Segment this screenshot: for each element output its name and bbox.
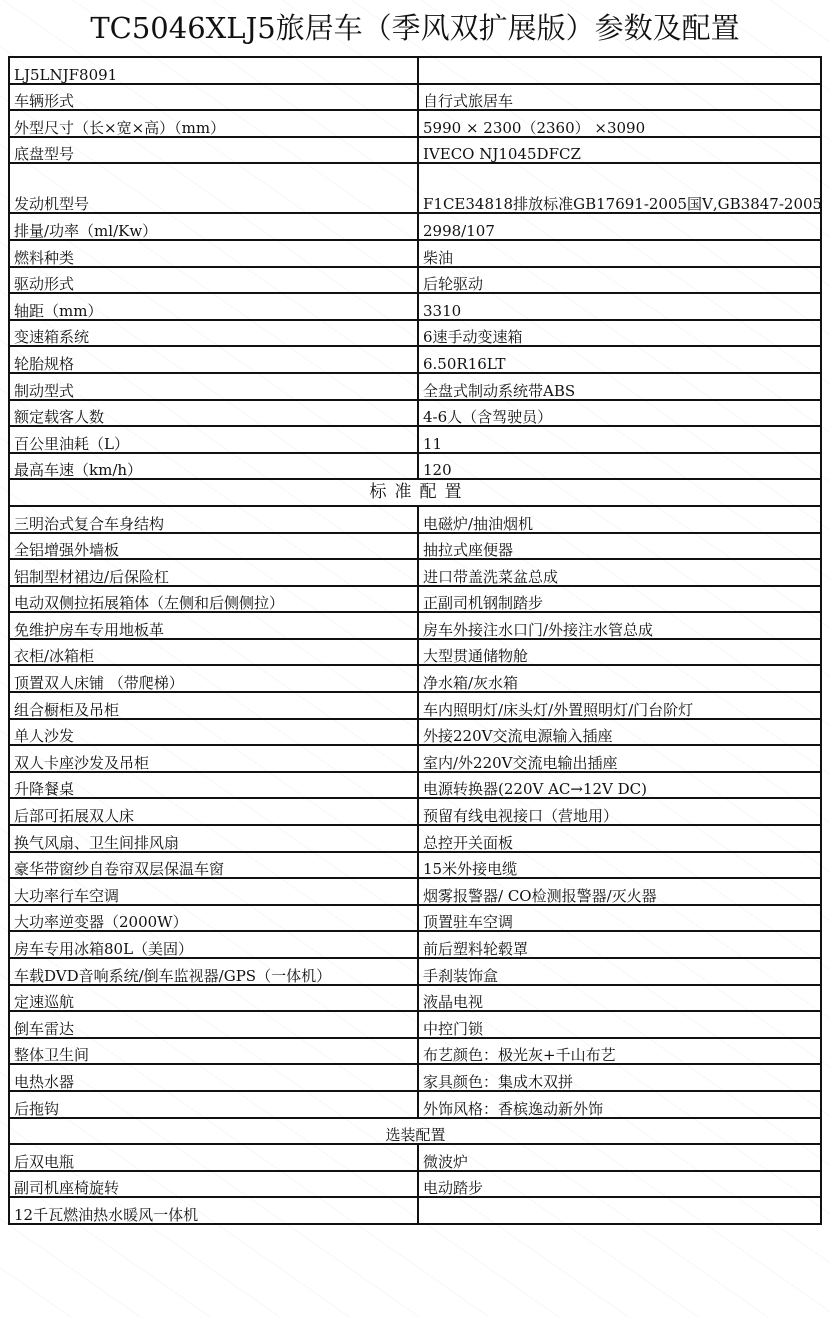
standard-config-heading: 标准配置: [9, 479, 821, 506]
table-row: 全铝增强外墙板抽拉式座便器: [9, 533, 821, 560]
feature-left: 衣柜/冰箱柜: [9, 639, 418, 666]
feature-left: 整体卫生间: [9, 1038, 418, 1065]
feature-right: 液晶电视: [418, 985, 821, 1012]
param-value: 6速手动变速箱: [418, 320, 821, 347]
option-left: 后双电瓶: [9, 1144, 418, 1171]
table-row: 定速巡航液晶电视: [9, 985, 821, 1012]
table-row: 整体卫生间布艺颜色：极光灰+千山布艺: [9, 1038, 821, 1065]
option-right: 微波炉: [418, 1144, 821, 1171]
feature-left: 电热水器: [9, 1064, 418, 1091]
table-row: 后双电瓶微波炉: [9, 1144, 821, 1171]
table-row: 额定载客人数4-6人（含驾驶员）: [9, 400, 821, 427]
table-row: 变速箱系统6速手动变速箱: [9, 320, 821, 347]
feature-left: 铝制型材裙边/后保险杠: [9, 559, 418, 586]
feature-right: 15米外接电缆: [418, 852, 821, 879]
feature-left: 组合橱柜及吊柜: [9, 692, 418, 719]
feature-left: 换气风扇、卫生间排风扇: [9, 825, 418, 852]
table-row: 底盘型号IVECO NJ1045DFCZ: [9, 137, 821, 164]
feature-left: 房车专用冰箱80L（美固）: [9, 931, 418, 958]
param-value: 全盘式制动系统带ABS: [418, 373, 821, 400]
feature-right: 烟雾报警器/ CO检测报警器/灭火器: [418, 878, 821, 905]
feature-right: 正副司机钢制踏步: [418, 586, 821, 613]
param-value: 4-6人（含驾驶员）: [418, 400, 821, 427]
table-row: 制动型式全盘式制动系统带ABS: [9, 373, 821, 400]
standard-config-heading-text: 标准配置: [362, 482, 470, 502]
table-row: 车载DVD音响系统/倒车监视器/GPS（一体机）手刹装饰盒: [9, 958, 821, 985]
feature-right: 外饰风格：香槟逸动新外饰: [418, 1091, 821, 1118]
param-value: F1CE34818排放标准GB17691-2005国Ⅴ,GB3847-2005: [418, 163, 821, 213]
spec-table: LJ5LNJF8091 车辆形式自行式旅居车 外型尺寸（长×宽×高）（mm）59…: [8, 56, 822, 1225]
table-row: 升降餐桌电源转换器(220V AC→12V DC): [9, 772, 821, 799]
table-row: 大功率行车空调烟雾报警器/ CO检测报警器/灭火器: [9, 878, 821, 905]
table-row: 电动双侧拉拓展箱体（左侧和后侧侧拉）正副司机钢制踏步: [9, 586, 821, 613]
feature-right: 房车外接注水口门/外接注水管总成: [418, 612, 821, 639]
param-value: 柴油: [418, 240, 821, 267]
feature-left: 豪华带窗纱自卷帘双层保温车窗: [9, 852, 418, 879]
feature-left: 后部可拓展双人床: [9, 798, 418, 825]
param-value: 6.50R16LT: [418, 346, 821, 373]
feature-left: 三明治式复合车身结构: [9, 506, 418, 533]
table-row: 12千瓦燃油热水暖风一体机: [9, 1197, 821, 1224]
feature-right: 车内照明灯/床头灯/外置照明灯/门台阶灯: [418, 692, 821, 719]
param-label: 车辆形式: [9, 84, 418, 111]
model-code-value-cell: [418, 57, 821, 84]
feature-left: 单人沙发: [9, 719, 418, 746]
table-row: 副司机座椅旋转电动踏步: [9, 1171, 821, 1198]
param-label: 百公里油耗（L）: [9, 426, 418, 453]
table-row: 顶置双人床铺 （带爬梯）净水箱/灰水箱: [9, 665, 821, 692]
feature-right: 家具颜色：集成木双拼: [418, 1064, 821, 1091]
feature-right: 总控开关面板: [418, 825, 821, 852]
option-left: 12千瓦燃油热水暖风一体机: [9, 1197, 418, 1224]
feature-right: 净水箱/灰水箱: [418, 665, 821, 692]
param-label: 排量/功率（ml/Kw）: [9, 213, 418, 240]
feature-left: 双人卡座沙发及吊柜: [9, 745, 418, 772]
feature-left: 升降餐桌: [9, 772, 418, 799]
param-label: 轴距（mm）: [9, 293, 418, 320]
param-value: 3310: [418, 293, 821, 320]
table-row: 后拖钩外饰风格：香槟逸动新外饰: [9, 1091, 821, 1118]
feature-right: 大型贯通储物舱: [418, 639, 821, 666]
table-row: 驱动形式后轮驱动: [9, 267, 821, 294]
feature-right: 外接220V交流电源输入插座: [418, 719, 821, 746]
feature-left: 后拖钩: [9, 1091, 418, 1118]
table-row: 外型尺寸（长×宽×高）（mm）5990 × 2300（2360） ×3090: [9, 110, 821, 137]
option-left: 副司机座椅旋转: [9, 1171, 418, 1198]
section-header-standard: 标准配置: [9, 479, 821, 506]
table-row: 电热水器家具颜色：集成木双拼: [9, 1064, 821, 1091]
feature-left: 车载DVD音响系统/倒车监视器/GPS（一体机）: [9, 958, 418, 985]
table-row: 三明治式复合车身结构电磁炉/抽油烟机: [9, 506, 821, 533]
param-label: 最高车速（km/h）: [9, 453, 418, 480]
table-row: 轮胎规格6.50R16LT: [9, 346, 821, 373]
feature-right: 预留有线电视接口（营地用）: [418, 798, 821, 825]
param-label: 发动机型号: [9, 163, 418, 213]
feature-right: 手刹装饰盒: [418, 958, 821, 985]
param-label: 燃料种类: [9, 240, 418, 267]
param-value: 2998/107: [418, 213, 821, 240]
param-value: 11: [418, 426, 821, 453]
option-right: 电动踏步: [418, 1171, 821, 1198]
option-right: [418, 1197, 821, 1224]
table-row: 单人沙发外接220V交流电源输入插座: [9, 719, 821, 746]
table-row: 车辆形式自行式旅居车: [9, 84, 821, 111]
param-value: 自行式旅居车: [418, 84, 821, 111]
table-row: 铝制型材裙边/后保险杠进口带盖洗菜盆总成: [9, 559, 821, 586]
param-label: 驱动形式: [9, 267, 418, 294]
table-row: 最高车速（km/h）120: [9, 453, 821, 480]
feature-left: 全铝增强外墙板: [9, 533, 418, 560]
table-row: 倒车雷达中控门锁: [9, 1011, 821, 1038]
table-row: 房车专用冰箱80L（美固）前后塑料轮毂罩: [9, 931, 821, 958]
table-row: 换气风扇、卫生间排风扇总控开关面板: [9, 825, 821, 852]
table-row: 排量/功率（ml/Kw）2998/107: [9, 213, 821, 240]
table-row: 衣柜/冰箱柜大型贯通储物舱: [9, 639, 821, 666]
feature-right: 中控门锁: [418, 1011, 821, 1038]
table-row: 双人卡座沙发及吊柜室内/外220V交流电输出插座: [9, 745, 821, 772]
param-label: 变速箱系统: [9, 320, 418, 347]
feature-right: 抽拉式座便器: [418, 533, 821, 560]
param-value: 120: [418, 453, 821, 480]
table-row: 发动机型号F1CE34818排放标准GB17691-2005国Ⅴ,GB3847-…: [9, 163, 821, 213]
param-label: 外型尺寸（长×宽×高）（mm）: [9, 110, 418, 137]
param-label: 轮胎规格: [9, 346, 418, 373]
table-row: 组合橱柜及吊柜车内照明灯/床头灯/外置照明灯/门台阶灯: [9, 692, 821, 719]
feature-left: 顶置双人床铺 （带爬梯）: [9, 665, 418, 692]
feature-right: 电源转换器(220V AC→12V DC): [418, 772, 821, 799]
feature-right: 前后塑料轮毂罩: [418, 931, 821, 958]
param-label: 底盘型号: [9, 137, 418, 164]
feature-right: 布艺颜色：极光灰+千山布艺: [418, 1038, 821, 1065]
param-value: 后轮驱动: [418, 267, 821, 294]
feature-right: 室内/外220V交流电输出插座: [418, 745, 821, 772]
table-row: 燃料种类柴油: [9, 240, 821, 267]
feature-left: 免维护房车专用地板革: [9, 612, 418, 639]
page-title: TC5046XLJ5旅居车（季风双扩展版）参数及配置: [0, 8, 830, 48]
table-row: 百公里油耗（L）11: [9, 426, 821, 453]
param-value: 5990 × 2300（2360） ×3090: [418, 110, 821, 137]
feature-right: 顶置驻车空调: [418, 905, 821, 932]
param-label: 额定载客人数: [9, 400, 418, 427]
param-label: 制动型式: [9, 373, 418, 400]
feature-left: 倒车雷达: [9, 1011, 418, 1038]
feature-left: 大功率逆变器（2000W）: [9, 905, 418, 932]
feature-left: 电动双侧拉拓展箱体（左侧和后侧侧拉）: [9, 586, 418, 613]
table-row: 大功率逆变器（2000W）顶置驻车空调: [9, 905, 821, 932]
model-code-cell: LJ5LNJF8091: [9, 57, 418, 84]
table-row-model-code: LJ5LNJF8091: [9, 57, 821, 84]
feature-right: 电磁炉/抽油烟机: [418, 506, 821, 533]
table-row: 后部可拓展双人床预留有线电视接口（营地用）: [9, 798, 821, 825]
table-row: 轴距（mm）3310: [9, 293, 821, 320]
feature-left: 大功率行车空调: [9, 878, 418, 905]
table-row: 豪华带窗纱自卷帘双层保温车窗15米外接电缆: [9, 852, 821, 879]
feature-right: 进口带盖洗菜盆总成: [418, 559, 821, 586]
section-header-optional: 选装配置: [9, 1118, 821, 1145]
feature-left: 定速巡航: [9, 985, 418, 1012]
param-value: IVECO NJ1045DFCZ: [418, 137, 821, 164]
optional-config-heading: 选装配置: [9, 1118, 821, 1145]
table-row: 免维护房车专用地板革房车外接注水口门/外接注水管总成: [9, 612, 821, 639]
